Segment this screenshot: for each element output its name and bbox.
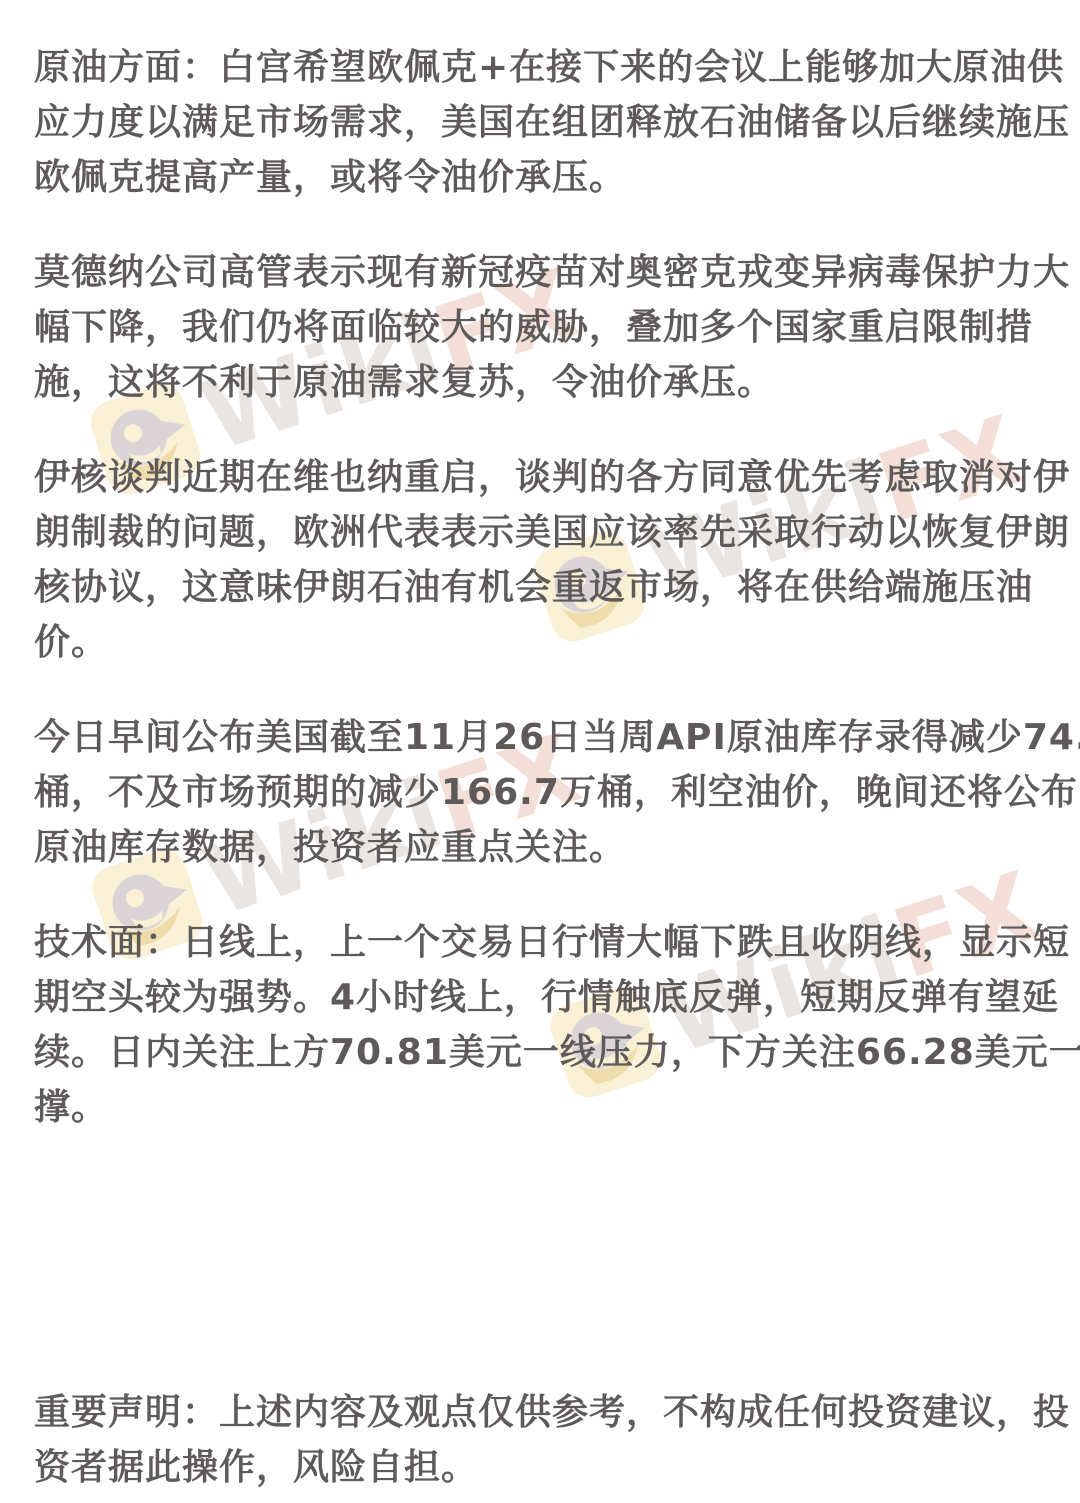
text-line: 续。日内关注上方70.81美元一线压力，下方关注66.28美元一线支: [34, 1025, 1050, 1080]
paragraph-api-inventory: 今日早间公布美国截至11月26日当周API原油库存录得减少74.7万 桶，不及市…: [34, 710, 1050, 875]
text-line: 期空头较为强势。4小时线上，行情触底反弹，短期反弹有望延: [34, 970, 1050, 1025]
article-content: 原油方面：白宫希望欧佩克+在接下来的会议上能够加大原油供 应力度以满足市场需求，…: [0, 0, 1080, 1495]
text-line: 莫德纳公司高管表示现有新冠疫苗对奥密克戎变异病毒保护力大: [34, 245, 1050, 300]
text-line: 技术面：日线上，上一个交易日行情大幅下跌且收阴线，显示短: [34, 915, 1050, 970]
text-line: 应力度以满足市场需求，美国在组团释放石油储备以后继续施压: [34, 95, 1050, 150]
text-line: 核协议，这意味伊朗石油有机会重返市场，将在供给端施压油: [34, 560, 1050, 615]
text-line: 撑。: [34, 1080, 1050, 1135]
article-page: WikiFX WikiFX WikiFX: [0, 0, 1080, 1503]
paragraph-crude-oil-supply: 原油方面：白宫希望欧佩克+在接下来的会议上能够加大原油供 应力度以满足市场需求，…: [34, 40, 1050, 205]
paragraph-technical-analysis: 技术面：日线上，上一个交易日行情大幅下跌且收阴线，显示短 期空头较为强势。4小时…: [34, 915, 1050, 1135]
text-line: 施，这将不利于原油需求复苏，令油价承压。: [34, 355, 1050, 410]
paragraph-disclaimer: 重要声明：上述内容及观点仅供参考，不构成任何投资建议，投 资者据此操作，风险自担…: [34, 1385, 1050, 1495]
text-line: 幅下降，我们仍将面临较大的威胁，叠加多个国家重启限制措: [34, 300, 1050, 355]
text-line: 原油方面：白宫希望欧佩克+在接下来的会议上能够加大原油供: [34, 40, 1050, 95]
text-line: 朗制裁的问题，欧洲代表表示美国应该率先采取行动以恢复伊朗: [34, 505, 1050, 560]
text-line: 原油库存数据，投资者应重点关注。: [34, 820, 1050, 875]
text-line: 今日早间公布美国截至11月26日当周API原油库存录得减少74.7万: [34, 710, 1050, 765]
text-line: 伊核谈判近期在维也纳重启，谈判的各方同意优先考虑取消对伊: [34, 450, 1050, 505]
text-line: 欧佩克提高产量，或将令油价承压。: [34, 150, 1050, 205]
paragraph-iran-nuclear-talks: 伊核谈判近期在维也纳重启，谈判的各方同意优先考虑取消对伊 朗制裁的问题，欧洲代表…: [34, 450, 1050, 670]
text-line: 重要声明：上述内容及观点仅供参考，不构成任何投资建议，投: [34, 1385, 1050, 1440]
text-line: 价。: [34, 615, 1050, 670]
paragraph-moderna-vaccine: 莫德纳公司高管表示现有新冠疫苗对奥密克戎变异病毒保护力大 幅下降，我们仍将面临较…: [34, 245, 1050, 410]
text-line: 桶，不及市场预期的减少166.7万桶，利空油价，晚间还将公布EIA: [34, 765, 1050, 820]
text-line: 资者据此操作，风险自担。: [34, 1440, 1050, 1495]
